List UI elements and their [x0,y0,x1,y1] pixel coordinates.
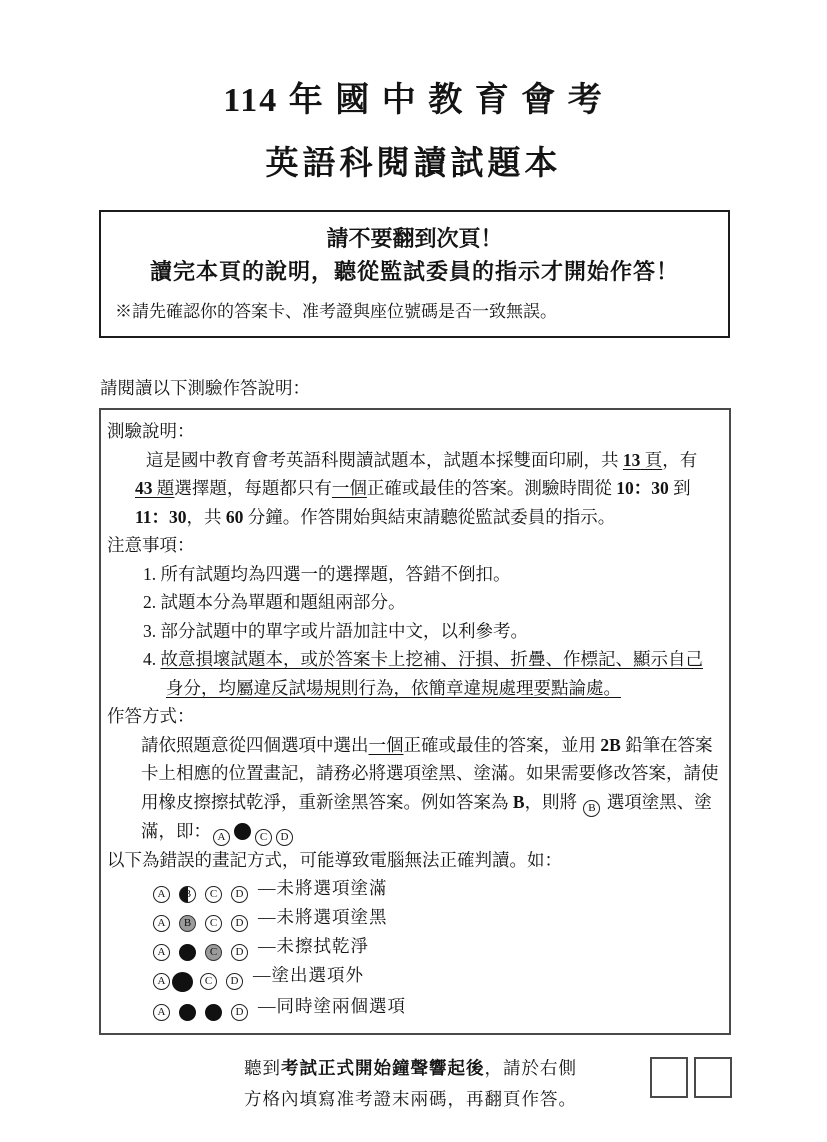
warning-line-1: 請不要翻到次頁！ [115,224,714,254]
text-segment: 1. 所有試題均為四選一的選擇題，答錯不倒扣。 [143,564,511,584]
text-segment: 正確或最佳的答案，並用 [404,735,601,755]
footer-note-line-1: 聽到考試正式開始鐘聲響起後，請於右側 [244,1053,640,1084]
footer-note-line-2: 方格內填寫准考證末兩碼，再翻頁作答。 [244,1084,640,1115]
text-segment: 10：30 [616,478,669,498]
text-segment: 正確或最佳的答案。測驗時間從 [367,478,616,498]
exam-id-boxes [650,1057,732,1098]
answer-bubble-c-outline: C [200,973,217,990]
error-marking-row: AD—同時塗兩個選項 [151,992,719,1021]
text-segment: 一個 [332,478,367,498]
answer-bubble-b-overflow [172,972,193,992]
text-segment: 43 [135,478,153,498]
text-segment: 2B [600,735,620,755]
answer-bubble-c-outline: C [205,915,222,932]
test-info-paragraph: 這是國中教育會考英語科閱讀試題本，試題本採雙面印刷，共 13 頁，有 43 題選… [135,446,719,532]
answer-bubble-b-filled [179,944,196,961]
answer-bubble-a-outline: A [213,829,230,846]
text-segment: 一個 [369,735,404,755]
error-marking-row: ABCD—未將選項塗黑 [151,903,719,932]
text-segment: B [513,792,525,812]
text-segment: ，請於右側 [485,1058,578,1078]
text-segment: ，共 [187,507,226,527]
answer-bubble-d-outline: D [231,1004,248,1021]
text-segment: 到 [669,478,691,498]
text-segment: 聽到 [244,1058,281,1078]
exam-id-box-1 [650,1057,688,1098]
text-segment: 這是國中教育會考英語科閱讀試題本，試題本採雙面印刷，共 [146,450,623,470]
text-segment: 故意損壞試題本，或於答案卡上挖補、汙損、折疊、作標記、顯示自己身分，均屬違反試場… [161,649,704,698]
notice-item-1: 1. 所有試題均為四選一的選擇題，答錯不倒扣。 [143,560,719,589]
bubble-group: ACD [151,972,245,992]
answer-bubble-d-outline: D [276,829,293,846]
error-marking-label: —塗出選項外 [253,965,364,985]
error-marking-label: —未擦拭乾淨 [258,936,369,956]
instructions-box: 測驗說明： 這是國中教育會考英語科閱讀試題本，試題本採雙面印刷，共 13 頁，有… [99,408,731,1035]
bubble-group: ABCD [151,915,250,932]
error-marking-rows: ABCD—未將選項塗滿ABCD—未將選項塗黑ACD—未擦拭乾淨ACD—塗出選項外… [107,874,719,1021]
notice-item-4: 4. 故意損壞試題本，或於答案卡上挖補、汙損、折疊、作標記、顯示自己身分，均屬違… [143,645,719,702]
exam-id-box-2 [694,1057,732,1098]
text-segment: 3. 部分試題中的單字或片語加註中文，以利參考。 [143,621,528,641]
answer-bubble-a-outline: A [153,1004,170,1021]
text-segment: 方格內填寫准考證末兩碼，再翻頁作答。 [244,1089,577,1109]
text-segment: 頁 [640,450,662,470]
footer-note: 聽到考試正式開始鐘聲響起後，請於右側 方格內填寫准考證末兩碼，再翻頁作答。 [244,1053,827,1115]
method-heading: 作答方式： [107,702,719,731]
error-marking-label: —未將選項塗滿 [258,878,388,898]
answer-bubble-b-filled [234,823,251,840]
answer-bubble-b-half: B [179,886,196,903]
error-marking-label: —同時塗兩個選項 [258,996,406,1016]
answer-bubble-a-outline: A [153,973,170,990]
warning-note: ※請先確認你的答案卡、准考證與座位號碼是否一致無誤。 [115,300,714,324]
answer-bubble-d-outline: D [226,973,243,990]
text-segment: 60 [226,507,244,527]
bubble-group: ABCD [151,886,250,903]
notice-item-3: 3. 部分試題中的單字或片語加註中文，以利參考。 [143,617,719,646]
text-segment: 4. [143,649,161,669]
text-segment: 考試正式開始鐘聲響起後 [281,1058,485,1078]
notice-item-2: 2. 試題本分為單題和題組兩部分。 [143,588,719,617]
text-segment: 11：30 [135,507,187,527]
answer-bubble-a-outline: A [153,944,170,961]
answer-bubble-a-outline: A [153,915,170,932]
intro-text: 請閱讀以下測驗作答說明： [100,376,827,400]
text-segment: 選擇題，每題都只有 [174,478,332,498]
answer-bubble-d-outline: D [231,886,248,903]
answer-bubble-c-outline: C [255,829,272,846]
error-marking-row: ACD—塗出選項外 [151,961,719,992]
text-segment: 13 [623,450,641,470]
bubble-group: ACD [151,944,250,961]
page-title-line2: 英語科閱讀試題本 [0,137,827,184]
method-paragraph: 請依照題意從四個選項中選出一個正確或最佳的答案，並用 2B 鉛筆在答案卡上相應的… [141,731,719,846]
error-marking-row: ACD—未擦拭乾淨 [151,932,719,961]
answer-bubble-c-gray: C [205,944,222,961]
warning-line-2: 讀完本頁的說明，聽從監試委員的指示才開始作答！ [115,254,714,290]
warning-box: 請不要翻到次頁！ 讀完本頁的說明，聽從監試委員的指示才開始作答！ ※請先確認你的… [99,210,730,338]
answer-bubble-b-gray: B [179,915,196,932]
answer-bubble-c-filled [205,1004,222,1021]
answer-bubble-d-outline: D [231,915,248,932]
answer-bubble-b-outline: B [583,800,600,817]
footer-text: 聽到考試正式開始鐘聲響起後，請於右側 方格內填寫准考證末兩碼，再翻頁作答。 [244,1053,640,1115]
bubble-group: AD [151,1004,250,1021]
answer-bubble-c-outline: C [205,886,222,903]
errors-heading: 以下為錯誤的畫記方式，可能導致電腦無法正確判讀。如： [107,846,719,875]
text-segment: 分鐘。作答開始與結束請聽從監試委員的指示。 [243,507,615,527]
text-segment: 2. 試題本分為單題和題組兩部分。 [143,592,406,612]
text-segment: ，有 [662,450,697,470]
text-segment: 請依照題意從四個選項中選出 [141,735,369,755]
test-info-heading: 測驗說明： [107,417,719,446]
answer-bubble-d-outline: D [231,944,248,961]
notice-heading: 注意事項： [107,531,719,560]
text-segment: ，則將 [525,792,582,812]
error-marking-label: —未將選項塗黑 [258,907,388,927]
answer-bubble-b-filled [179,1004,196,1021]
error-marking-row: ABCD—未將選項塗滿 [151,874,719,903]
text-segment: 題 [153,478,175,498]
page-title-line1: 114 年 國 中 教 育 會 考 [0,72,827,121]
answer-bubble-a-outline: A [153,886,170,903]
